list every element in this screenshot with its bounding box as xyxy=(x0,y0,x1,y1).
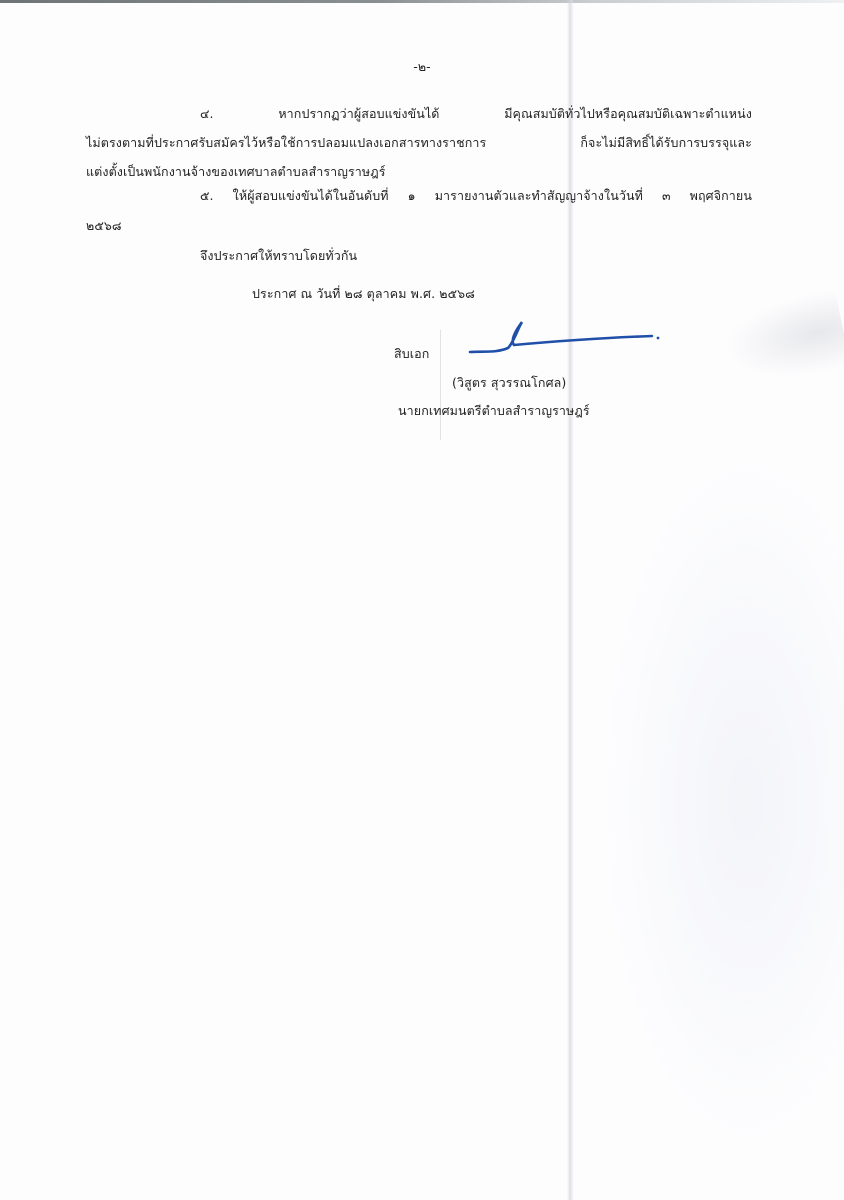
signer-rank: สิบเอก xyxy=(394,345,429,363)
item-5-line-1: ๕. ให้ผู้สอบแข่งขันได้ในอันดับที่ ๑ มารา… xyxy=(200,187,752,205)
signer-name: (วิสูตร สุวรรณโกศล) xyxy=(452,374,566,392)
item-4-line-2: ไม่ตรงตามที่ประกาศรับสมัครไว้หรือใช้การป… xyxy=(86,134,752,152)
scan-shadow xyxy=(717,288,844,391)
item-5-line-2: ๒๕๖๘ xyxy=(86,217,122,235)
item-4-line-1: ๔. หากปรากฏว่าผู้สอบแข่งขันได้ มีคุณสมบั… xyxy=(200,105,752,123)
signature-icon xyxy=(466,318,666,358)
signer-position: นายกเทศมนตรีตำบลสำราญราษฎร์ xyxy=(398,402,590,420)
scan-shadow xyxy=(600,450,844,1150)
closing-statement: จึงประกาศให้ทราบโดยทั่วกัน xyxy=(200,247,357,265)
paper-fold-line xyxy=(567,0,573,1200)
announcement-date: ประกาศ ณ วันที่ ๒๘ ตุลาคม พ.ศ. ๒๕๖๘ xyxy=(252,285,475,303)
scan-top-edge xyxy=(0,0,844,3)
item-4-line-3: แต่งตั้งเป็นพนักงานจ้างของเทศบาลตำบลสำรา… xyxy=(86,163,386,181)
page-number: -๒- xyxy=(0,58,844,76)
paper-crease xyxy=(440,330,441,440)
